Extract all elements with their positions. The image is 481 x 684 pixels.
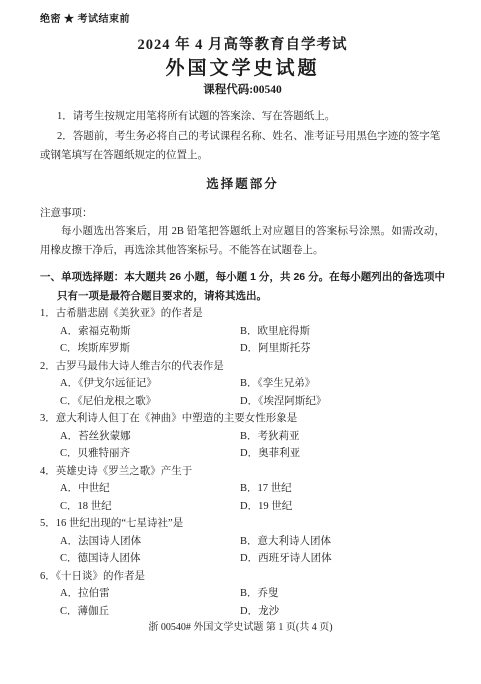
question-item-2: 2．古罗马最伟大诗人维吉尔的代表作是 A．《伊戈尔远征记》 B．《孪生兄弟》 C…: [40, 358, 445, 411]
instruction-item-2: 2．答题前，考生务必将自己的考试课程名称、姓名、准考证号用黑色字迹的签字笔或钢笔…: [40, 127, 445, 166]
question-number: 1．: [40, 308, 56, 319]
question-text: 古罗马最伟大诗人维吉尔的代表作是: [56, 361, 224, 372]
option-d: D．龙沙: [240, 603, 445, 621]
question-number: 3．: [40, 413, 56, 424]
option-a: A．中世纪: [60, 480, 240, 498]
page-footer: 浙 00540# 外国文学史试题 第 1 页(共 4 页): [0, 621, 481, 634]
option-c: C．埃斯库罗斯: [60, 340, 240, 358]
option-grid: A．苔丝狄蒙娜 B．考狄莉亚 C．贝雅特丽齐 D．奥菲利亚: [40, 428, 445, 463]
option-d: D．阿里斯托芬: [240, 340, 445, 358]
option-b: B．意大利诗人团体: [240, 533, 445, 551]
option-a: A．苔丝狄蒙娜: [60, 428, 240, 446]
option-c: C．贝雅特丽齐: [60, 445, 240, 463]
option-c: C．18 世纪: [60, 498, 240, 516]
question-item-6: 6．《十日谈》的作者是 A．拉伯雷 B．乔叟 C．薄伽丘 D．龙沙: [40, 568, 445, 621]
option-d: D．19 世纪: [240, 498, 445, 516]
exam-instructions: 1．请考生按规定用笔将所有试题的答案涂、写在答题纸上。 2．答题前，考生务必将自…: [40, 107, 445, 166]
option-grid: A．拉伯雷 B．乔叟 C．薄伽丘 D．龙沙: [40, 585, 445, 620]
question-text: 《十日谈》的作者是: [56, 571, 145, 582]
option-b: B．乔叟: [240, 585, 445, 603]
question-number: 6．: [40, 571, 56, 582]
question-item-5: 5．16 世纪出现的“七星诗社”是 A．法国诗人团体 B．意大利诗人团体 C．德…: [40, 515, 445, 568]
option-c: C．德国诗人团体: [60, 550, 240, 568]
classification-banner: 绝密 ★ 考试结束前: [40, 14, 445, 26]
option-b: B．欧里庇得斯: [240, 323, 445, 341]
question-text: 16 世纪出现的“七星诗社”是: [56, 518, 183, 529]
option-grid: A．《伊戈尔远征记》 B．《孪生兄弟》 C．《尼伯龙根之歌》 D．《埃涅阿斯纪》: [40, 375, 445, 410]
question-stem: 5．16 世纪出现的“七星诗社”是: [40, 515, 445, 533]
exam-paper-page: 绝密 ★ 考试结束前 2024 年 4 月高等教育自学考试 外国文学史试题 课程…: [0, 0, 481, 684]
option-grid: A．中世纪 B．17 世纪 C．18 世纪 D．19 世纪: [40, 480, 445, 515]
option-b: B．考狄莉亚: [240, 428, 445, 446]
question-item-3: 3．意大利诗人但丁在《神曲》中塑造的主要女性形象是 A．苔丝狄蒙娜 B．考狄莉亚…: [40, 410, 445, 463]
question-stem: 1．古希腊悲剧《美狄亚》的作者是: [40, 305, 445, 323]
option-d: D．《埃涅阿斯纪》: [240, 393, 445, 411]
question-item-4: 4．英雄史诗《罗兰之歌》产生于 A．中世纪 B．17 世纪 C．18 世纪 D．…: [40, 463, 445, 516]
question-text: 英雄史诗《罗兰之歌》产生于: [56, 466, 193, 477]
option-a: A．索福克勒斯: [60, 323, 240, 341]
option-grid: A．法国诗人团体 B．意大利诗人团体 C．德国诗人团体 D．西班牙诗人团体: [40, 533, 445, 568]
question-number: 2．: [40, 361, 56, 372]
option-c: C．《尼伯龙根之歌》: [60, 393, 240, 411]
option-a: A．《伊戈尔远征记》: [60, 375, 240, 393]
exam-main-title: 外国文学史试题: [40, 57, 445, 81]
option-b: B．17 世纪: [240, 480, 445, 498]
question-stem: 4．英雄史诗《罗兰之歌》产生于: [40, 463, 445, 481]
question-number: 4．: [40, 466, 56, 477]
notice-body: 每小题选出答案后，用 2B 铅笔把答题纸上对应题目的答案标号涂黑。如需改动，用橡…: [40, 223, 445, 260]
question-stem: 2．古罗马最伟大诗人维吉尔的代表作是: [40, 358, 445, 376]
option-d: D．奥菲利亚: [240, 445, 445, 463]
option-c: C．薄伽丘: [60, 603, 240, 621]
question-text: 意大利诗人但丁在《神曲》中塑造的主要女性形象是: [56, 413, 298, 424]
option-d: D．西班牙诗人团体: [240, 550, 445, 568]
question-number: 5．: [40, 518, 56, 529]
notice-heading: 注意事项：: [40, 205, 445, 224]
option-a: A．拉伯雷: [60, 585, 240, 603]
course-code: 课程代码:00540: [40, 83, 445, 98]
section-title: 选择题部分: [40, 176, 445, 193]
option-grid: A．索福克勒斯 B．欧里庇得斯 C．埃斯库罗斯 D．阿里斯托芬: [40, 323, 445, 358]
question-stem: 6．《十日谈》的作者是: [40, 568, 445, 586]
question-list: 1．古希腊悲剧《美狄亚》的作者是 A．索福克勒斯 B．欧里庇得斯 C．埃斯库罗斯…: [40, 305, 445, 620]
question-item-1: 1．古希腊悲剧《美狄亚》的作者是 A．索福克勒斯 B．欧里庇得斯 C．埃斯库罗斯…: [40, 305, 445, 358]
exam-session-title: 2024 年 4 月高等教育自学考试: [40, 36, 445, 54]
question-text: 古希腊悲剧《美狄亚》的作者是: [56, 308, 203, 319]
notice-block: 注意事项： 每小题选出答案后，用 2B 铅笔把答题纸上对应题目的答案标号涂黑。如…: [40, 205, 445, 261]
part1-heading: 一、单项选择题：本大题共 26 小题，每小题 1 分，共 26 分。在每小题列出…: [40, 268, 445, 305]
option-b: B．《孪生兄弟》: [240, 375, 445, 393]
instruction-item-1: 1．请考生按规定用笔将所有试题的答案涂、写在答题纸上。: [40, 107, 445, 127]
option-a: A．法国诗人团体: [60, 533, 240, 551]
question-stem: 3．意大利诗人但丁在《神曲》中塑造的主要女性形象是: [40, 410, 445, 428]
